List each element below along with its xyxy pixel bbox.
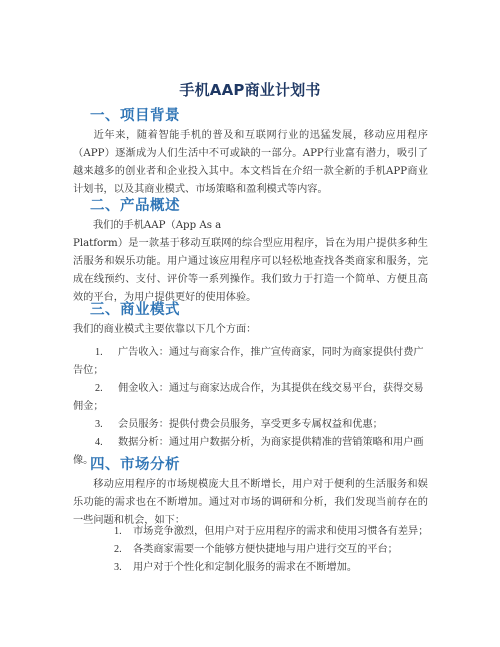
- list-text: 佣金收入：通过与商家达成合作，为其提供在线交易平台，获得交易佣金；: [73, 383, 424, 412]
- section-heading-business-model: 三、商业模式: [90, 298, 180, 319]
- list-text: 市场竞争激烈，但用户对于应用程序的需求和使用习惯各有差异；: [133, 526, 428, 537]
- document-page: 手机AAP商业计划书 一、项目背景 近年来，随着智能手机的普及和互联网行业的迅猛…: [0, 0, 500, 647]
- list-number: 1.: [73, 344, 118, 362]
- list-item: 2.各类商家需要一个能够方便快捷地与用户进行交互的平台；: [114, 541, 444, 559]
- list-number: 2.: [114, 541, 133, 559]
- paragraph-text-rest: Platform）是一款基于移动互联网的综合型应用程序，旨在为用户提供多种生活服…: [73, 235, 428, 307]
- list-text: 会员服务：提供付费会员服务，享受更多专属权益和优惠；: [118, 419, 383, 430]
- list-text: 用户对于个性化和定制化服务的需求在不断增加。: [133, 562, 357, 573]
- list-number: 4.: [73, 434, 118, 452]
- section-paragraph-product: 我们的手机AAP（App As a Platform）是一款基于移动互联网的综合…: [73, 217, 428, 307]
- list-text: 各类商家需要一个能够方便快捷地与用户进行交互的平台；: [133, 544, 398, 555]
- document-title: 手机AAP商业计划书: [0, 79, 500, 100]
- list-number: 2.: [73, 380, 118, 398]
- list-item: 2.佣金收入：通过与商家达成合作，为其提供在线交易平台，获得交易佣金；: [73, 380, 428, 416]
- list-item: 3.用户对于个性化和定制化服务的需求在不断增加。: [114, 559, 444, 577]
- paragraph-text: 近年来，随着智能手机的普及和互联网行业的迅猛发展，移动应用程序（APP）逐渐成为…: [73, 130, 428, 195]
- section-heading-product: 二、产品概述: [90, 194, 180, 215]
- list-number: 3.: [114, 559, 133, 577]
- section-paragraph-market: 移动应用程序的市场规模庞大且不断增长，用户对于便利的生活服务和娱乐功能的需求也在…: [73, 476, 428, 530]
- section-heading-market-analysis: 四、市场分析: [90, 453, 180, 474]
- list-number: 3.: [73, 416, 118, 434]
- list-text: 广告收入：通过与商家合作，推广宣传商家，同时为商家提供付费广告位；: [73, 347, 424, 376]
- list-item: 1.市场竞争激烈，但用户对于应用程序的需求和使用习惯各有差异；: [114, 523, 444, 541]
- section-heading-background: 一、项目背景: [90, 104, 180, 125]
- list-number: 1.: [114, 523, 133, 541]
- paragraph-text: 移动应用程序的市场规模庞大且不断增长，用户对于便利的生活服务和娱乐功能的需求也在…: [73, 479, 428, 526]
- paragraph-text-line1: 我们的手机AAP（App As a: [93, 220, 221, 231]
- business-model-intro: 我们的商业模式主要依靠以下几个方面：: [73, 321, 428, 339]
- list-item: 3.会员服务：提供付费会员服务，享受更多专属权益和优惠；: [73, 416, 428, 434]
- section-paragraph-background: 近年来，随着智能手机的普及和互联网行业的迅猛发展，移动应用程序（APP）逐渐成为…: [73, 127, 428, 199]
- list-item: 1.广告收入：通过与商家合作，推广宣传商家，同时为商家提供付费广告位；: [73, 344, 428, 380]
